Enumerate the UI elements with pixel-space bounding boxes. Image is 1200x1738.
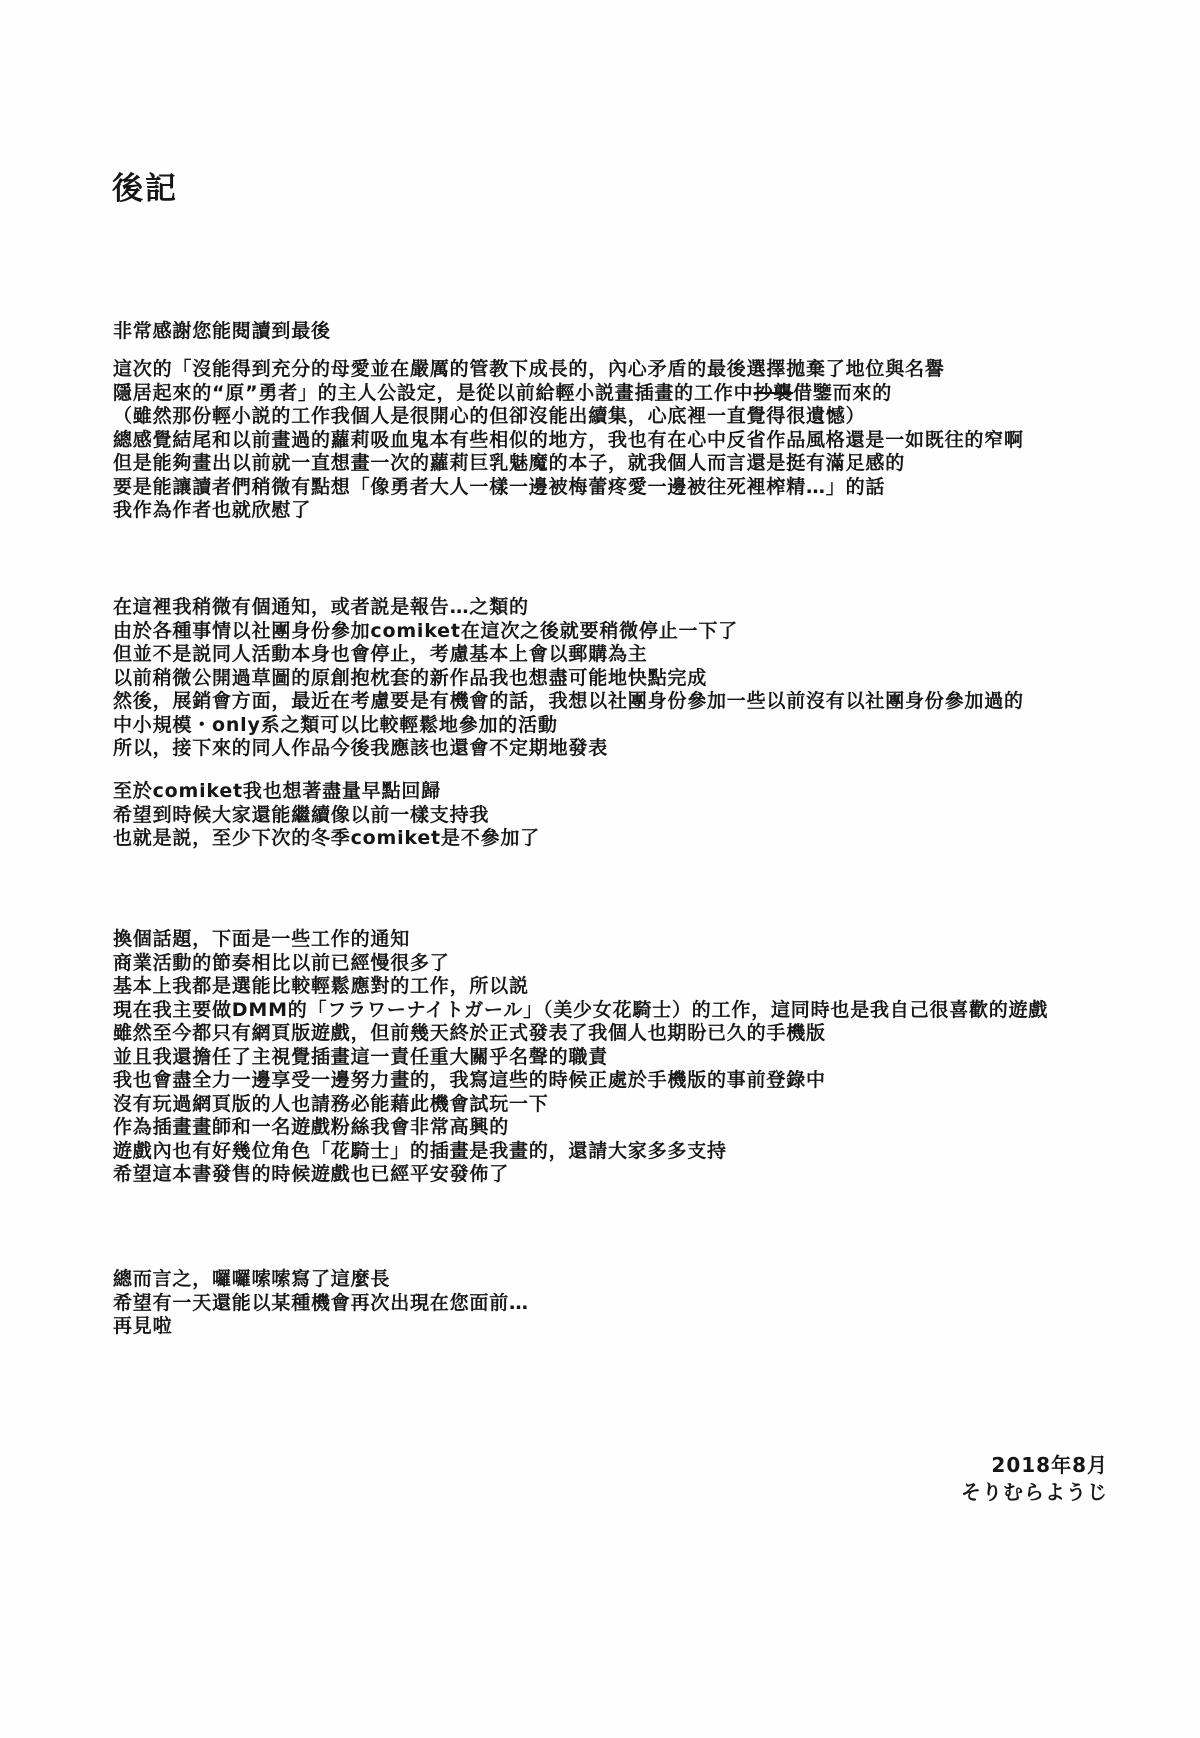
text-line: （雖然那份輕小説的工作我個人是很開心的但卻沒能出續集，心底裡一直覺得很遺憾） [113, 405, 1024, 429]
paragraph-commercial-work: 換個話題，下面是一些工作的通知 商業活動的節奏相比以前已經慢很多了 基本上我都是… [113, 928, 1048, 1187]
text-line: 希望這本書發售的時候遊戲也已經平安發佈了 [113, 1163, 1048, 1187]
text-line: 這次的「沒能得到充分的母愛並在嚴厲的管教下成長的，內心矛盾的最後選擇拋棄了地位與… [113, 358, 1024, 382]
text-line: 但並不是説同人活動本身也會停止，考慮基本上會以郵購為主 [113, 643, 1024, 667]
text-line: 我作為作者也就欣慰了 [113, 499, 1024, 523]
text-line: 再見啦 [113, 1315, 529, 1339]
paragraph-thanks: 非常感謝您能閱讀到最後 [113, 320, 331, 344]
text-line: 但是能夠畫出以前就一直想畫一次的蘿莉巨乳魅魔的本子，就我個人而言還是挺有滿足感的 [113, 452, 1024, 476]
text-line-with-strikethrough: 隱居起來的“原”勇者」的主人公設定，是從以前給輕小説畫插畫的工作中抄襲借鑒而來的 [113, 382, 1024, 406]
text-line: 我也會盡全力一邊享受一邊努力畫的，我寫這些的時候正處於手機版的事前登錄中 [113, 1069, 1048, 1093]
struck-text: 抄襲 [753, 382, 793, 404]
text-line: 遊戲內也有好幾位角色「花騎士」的插畫是我畫的，還請大家多多支持 [113, 1140, 1048, 1164]
text-line: 雖然至今都只有網頁版遊戲，但前幾天終於正式發表了我個人也期盼已久的手機版 [113, 1022, 1048, 1046]
text-line: 然後，展銷會方面，最近在考慮要是有機會的話，我想以社團身份參加一些以前沒有以社團… [113, 690, 1024, 714]
afterword-page: 後記 非常感謝您能閱讀到最後 這次的「沒能得到充分的母愛並在嚴厲的管教下成長的，… [0, 0, 1200, 1738]
text-line: 希望到時候大家還能繼續像以前一樣支持我 [113, 804, 540, 828]
text-line: 以前稍微公開過草圖的原創抱枕套的新作品我也想盡可能地快點完成 [113, 667, 1024, 691]
text-line: 也就是説，至少下次的冬季comiket是不參加了 [113, 827, 540, 851]
paragraph-comiket-return: 至於comiket我也想著盡量早點回歸 希望到時候大家還能繼續像以前一樣支持我 … [113, 780, 540, 851]
text-segment: 隱居起來的“原”勇者」的主人公設定，是從以前給輕小説畫插畫的工作中 [113, 382, 753, 404]
text-segment: 借鑒而來的 [793, 382, 892, 404]
page-title: 後記 [112, 163, 178, 208]
text-line: 總感覺結尾和以前畫過的蘿莉吸血鬼本有些相似的地方，我也有在心中反省作品風格還是一… [113, 429, 1024, 453]
text-line: 在這裡我稍微有個通知，或者説是報告…之類的 [113, 596, 1024, 620]
text-line: 非常感謝您能閱讀到最後 [113, 320, 331, 344]
text-line: 沒有玩過網頁版的人也請務必能藉此機會試玩一下 [113, 1093, 1048, 1117]
text-line: 基本上我都是選能比較輕鬆應對的工作，所以説 [113, 975, 1048, 999]
text-line: 希望有一天還能以某種機會再次出現在您面前… [113, 1292, 529, 1316]
text-line: 現在我主要做DMM的「フラワーナイトガール」（美少女花騎士）的工作，這同時也是我… [113, 999, 1048, 1023]
text-line: 商業活動的節奏相比以前已經慢很多了 [113, 952, 1048, 976]
signature: 2018年8月 そりむらようじ [961, 1452, 1108, 1506]
paragraph-comiket-notice: 在這裡我稍微有個通知，或者説是報告…之類的 由於各種事情以社團身份參加comik… [113, 596, 1024, 761]
paragraph-about-work: 這次的「沒能得到充分的母愛並在嚴厲的管教下成長的，內心矛盾的最後選擇拋棄了地位與… [113, 358, 1024, 523]
signature-author: そりむらようじ [961, 1479, 1108, 1506]
text-line: 總而言之，囉囉嗦嗦寫了這麼長 [113, 1268, 529, 1292]
paragraph-closing: 總而言之，囉囉嗦嗦寫了這麼長 希望有一天還能以某種機會再次出現在您面前… 再見啦 [113, 1268, 529, 1339]
text-line: 並且我還擔任了主視覺插畫這一責任重大關乎名聲的職責 [113, 1046, 1048, 1070]
text-line: 由於各種事情以社團身份參加comiket在這次之後就要稍微停止一下了 [113, 620, 1024, 644]
signature-date: 2018年8月 [961, 1452, 1108, 1479]
text-line: 要是能讓讀者們稍微有點想「像勇者大人一樣一邊被梅蕾疼愛一邊被往死裡榨精…」的話 [113, 476, 1024, 500]
text-line: 至於comiket我也想著盡量早點回歸 [113, 780, 540, 804]
text-line: 作為插畫畫師和一名遊戲粉絲我會非常高興的 [113, 1116, 1048, 1140]
text-line: 中小規模・only系之類可以比較輕鬆地參加的活動 [113, 714, 1024, 738]
text-line: 所以，接下來的同人作品今後我應該也還會不定期地發表 [113, 737, 1024, 761]
text-line: 換個話題，下面是一些工作的通知 [113, 928, 1048, 952]
